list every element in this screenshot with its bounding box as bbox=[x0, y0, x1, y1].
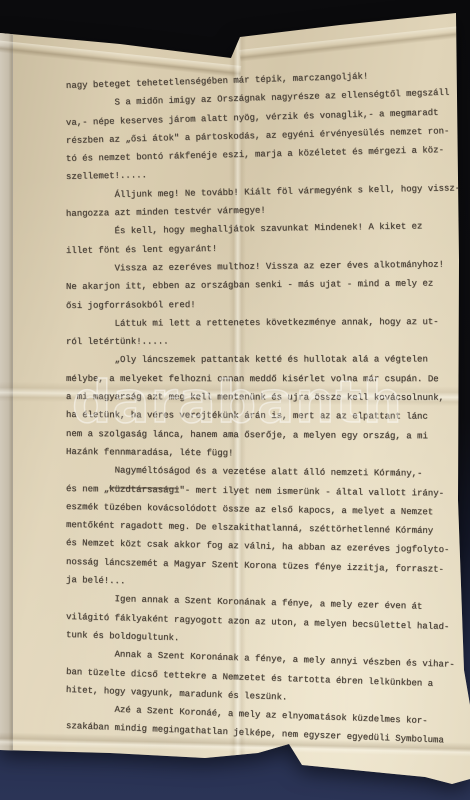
paper-sheet: nagy beteget tehetetlenségében már tépik… bbox=[0, 0, 470, 800]
typewritten-line: Ne akarjon itt, ebben az országban senki… bbox=[66, 274, 466, 296]
typewritten-line: Láttuk mi lett a rettenetes következmény… bbox=[66, 313, 466, 333]
photo-backdrop: nagy beteget tehetetlenségében már tépik… bbox=[0, 0, 470, 800]
typewritten-line: ról letértünk!..... bbox=[66, 332, 466, 352]
fold-crease-top-right bbox=[239, 26, 465, 62]
typewritten-text: nagy beteget tehetetlenségében már tépik… bbox=[66, 77, 466, 736]
typewritten-line: „Oly láncszemek pattantak ketté és hullo… bbox=[66, 351, 466, 370]
typewritten-line: a mi magyarság azt meg kell mentenünk és… bbox=[66, 388, 466, 407]
typewritten-line: nem a szolgaság lánca, hanem ama őserője… bbox=[66, 425, 466, 446]
typewritten-line: mélybe, a melyeket felhozni onnan meddő … bbox=[66, 370, 466, 389]
typewritten-line: ősi jogforrásokból ered! bbox=[66, 294, 466, 315]
letter-paper: nagy beteget tehetetlenségében már tépik… bbox=[0, 0, 470, 800]
typewritten-line: ha életünk, ha véres verejtékünk árán is… bbox=[66, 406, 466, 426]
under-sheet-edge bbox=[0, 30, 13, 754]
